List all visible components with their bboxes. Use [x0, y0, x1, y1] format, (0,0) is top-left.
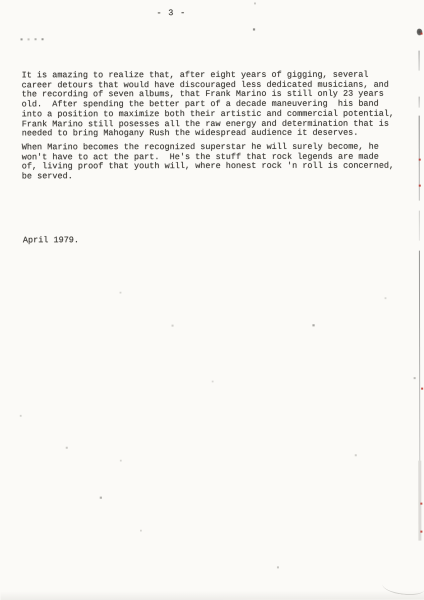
pencil-dot: [35, 38, 37, 40]
scan-artifact-line: [419, 251, 421, 461]
scan-artifact-line: [419, 211, 420, 241]
red-ink-speck: [419, 159, 421, 161]
red-ink-speck: [420, 503, 422, 505]
red-ink-speck: [421, 388, 423, 390]
pencil-dots-mark: [21, 27, 49, 45]
paragraph-biography: It is amazing to realize that, after eig…: [22, 71, 394, 140]
scan-artifact-line: [418, 461, 421, 541]
red-ink-speck: [419, 185, 421, 187]
red-ink-speck: [420, 531, 422, 533]
scan-artifact-line: [419, 51, 420, 71]
scan-edge-shadow: [1, 591, 424, 600]
page-number: - 3 -: [156, 9, 186, 19]
red-ink-speck: [421, 33, 423, 35]
scanned-typewritten-page: - 3 - It is amazing to realize that, aft…: [0, 0, 424, 600]
pencil-dot: [42, 38, 44, 40]
date-line: April 1979.: [23, 236, 79, 246]
scan-artifact-line: [419, 97, 420, 108]
pencil-dot: [28, 38, 30, 40]
paragraph-conclusion: When Marino becomes the recognized super…: [22, 143, 394, 182]
pencil-dot: [21, 38, 23, 40]
